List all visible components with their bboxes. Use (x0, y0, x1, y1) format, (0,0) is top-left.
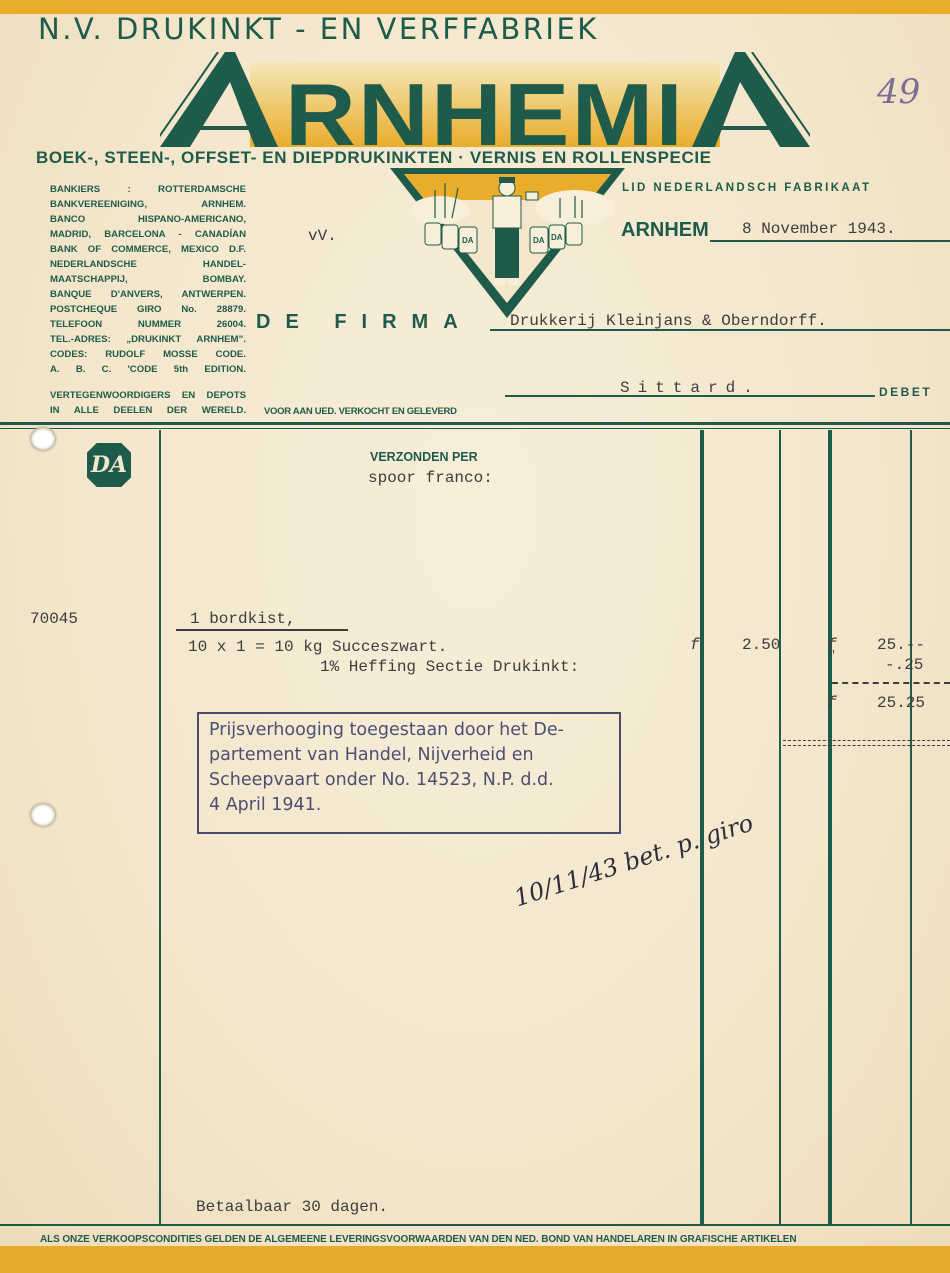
unit-price: 2.50 (742, 636, 780, 654)
column-divider-code (159, 430, 161, 1224)
company-name: N.V. DRUKINKT - EN VERFFABRIEK (38, 12, 599, 46)
punch-hole-top (30, 427, 56, 451)
svg-text:DA: DA (551, 233, 563, 242)
article-code: 70045 (30, 610, 78, 628)
column-divider-price (779, 430, 781, 1224)
package-description: 1 bordkist, (190, 610, 296, 628)
payment-terms: Betaalbaar 30 dagen. (196, 1198, 388, 1216)
membership-label: LID NEDERLANDSCH FABRIKAAT (622, 182, 871, 194)
package-underline (176, 629, 348, 631)
initials: vV. (308, 227, 337, 245)
subtotal-dashed-rule (832, 682, 950, 684)
svg-text:RNHEMI: RNHEMI (285, 65, 685, 147)
factory-worker-emblem: DADADA (390, 168, 625, 318)
levy-description: 1% Heffing Sectie Drukinkt: (320, 658, 579, 676)
column-divider-cents (910, 430, 912, 1224)
debet-label: DEBET (879, 385, 932, 399)
place-label: ARNHEM (621, 219, 709, 242)
bottom-yellow-band (0, 1246, 950, 1273)
sold-delivered-label: VOOR AAN UED. VERKOCHT EN GELEVERD (264, 406, 457, 417)
customer-city: Sittard. (620, 379, 761, 397)
sales-conditions-footer: ALS ONZE VERKOOPSCONDITIES GELDEN DE ALG… (40, 1234, 796, 1245)
item-amount: 25.-- (877, 636, 925, 654)
shipping-label: VERZONDEN PER (370, 450, 478, 464)
customer-name: Drukkerij Kleinjans & Oberndorff. (510, 312, 827, 330)
arnhemia-logo: RNHEMI (160, 52, 810, 147)
total-amount: 25.25 (877, 694, 925, 712)
column-divider-amount (828, 430, 832, 1224)
ditto-mark: " (829, 650, 836, 662)
unit-currency-symbol: f (690, 636, 700, 654)
total-double-rule (783, 740, 950, 746)
handwritten-page-number: 49 (877, 72, 920, 112)
table-bottom-rule (0, 1224, 950, 1226)
da-monogram-icon: DA (87, 443, 131, 487)
price-increase-stamp: Prijsverhooging toegestaan door het De- … (197, 712, 621, 834)
punch-hole-bottom (30, 803, 56, 827)
table-top-rule (0, 422, 950, 425)
total-currency-symbol: f (827, 694, 837, 712)
firm-label: DE FIRMA (256, 311, 473, 334)
date-line (710, 240, 950, 242)
item-description: 10 x 1 = 10 kg Succeszwart. (188, 638, 447, 656)
product-tagline: BOEK-, STEEN-, OFFSET- EN DIEPDRUKINKTEN… (36, 148, 712, 168)
svg-text:DA: DA (462, 236, 474, 245)
invoice-date: 8 November 1943. (742, 220, 896, 238)
table-top-rule-thin (0, 428, 950, 429)
svg-text:DA: DA (533, 236, 545, 245)
representatives-note: VERTEGENWOORDIGERS EN DEPOTS IN ALLE DEE… (50, 388, 246, 418)
shipping-method: spoor franco: (368, 469, 493, 487)
levy-amount: -.25 (885, 656, 923, 674)
bank-details: BANKIERS : ROTTERDAMSCHE BANKVEREENIGING… (50, 182, 246, 377)
